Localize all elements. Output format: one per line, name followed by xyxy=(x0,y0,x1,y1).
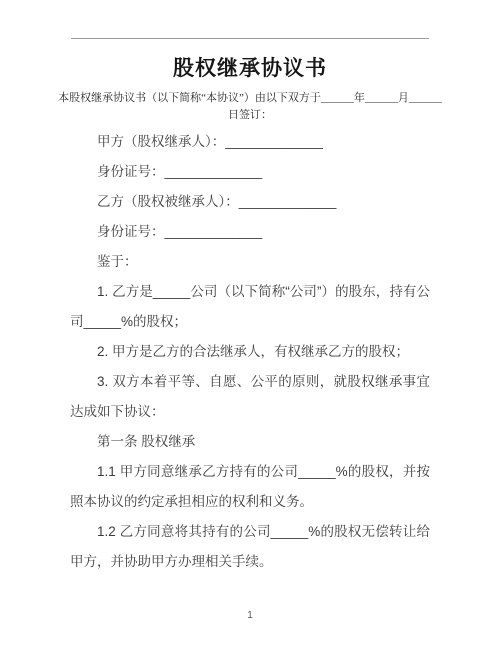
whereas-item-2: 2. 甲方是乙方的合法继承人，有权继承乙方的股权； xyxy=(70,337,430,367)
whereas-item-3: 3. 双方本着平等、自愿、公平的原则，就股权继承事宜达成如下协议： xyxy=(70,367,430,427)
whereas-heading: 鉴于： xyxy=(70,247,430,277)
clause-1-2: 1.2 乙方同意将其持有的公司_____%的股权无偿转让给甲方，并协助甲方办理相… xyxy=(70,517,430,577)
header-rule xyxy=(71,38,429,39)
party-b-id-line: 身份证号：_____________ xyxy=(70,217,430,247)
whereas-item-1: 1. 乙方是_____公司（以下简称“公司”）的股东，持有公司_____%的股权… xyxy=(70,277,430,337)
party-b-line: 乙方（股权被继承人）：_____________ xyxy=(70,187,430,217)
party-a-id-line: 身份证号：_____________ xyxy=(70,157,430,187)
page-number: 1 xyxy=(0,610,500,621)
party-a-line: 甲方（股权继承人）：_____________ xyxy=(70,127,430,157)
intro-line-2: 日签订： xyxy=(0,107,500,124)
intro-paragraph: 本股权继承协议书（以下简称“本协议”）由以下双方于______年______月_… xyxy=(0,90,500,124)
clause-1-1: 1.1 甲方同意继承乙方持有的公司_____%的股权，并按照本协议的约定承担相应… xyxy=(70,457,430,517)
article-1-heading: 第一条 股权继承 xyxy=(70,427,430,457)
document-body: 甲方（股权继承人）：_____________ 身份证号：___________… xyxy=(70,127,430,577)
document-title: 股权继承协议书 xyxy=(0,54,500,84)
document-page: 股权继承协议书 本股权继承协议书（以下简称“本协议”）由以下双方于______年… xyxy=(0,0,500,647)
intro-line-1: 本股权继承协议书（以下简称“本协议”）由以下双方于______年______月_… xyxy=(0,90,500,107)
